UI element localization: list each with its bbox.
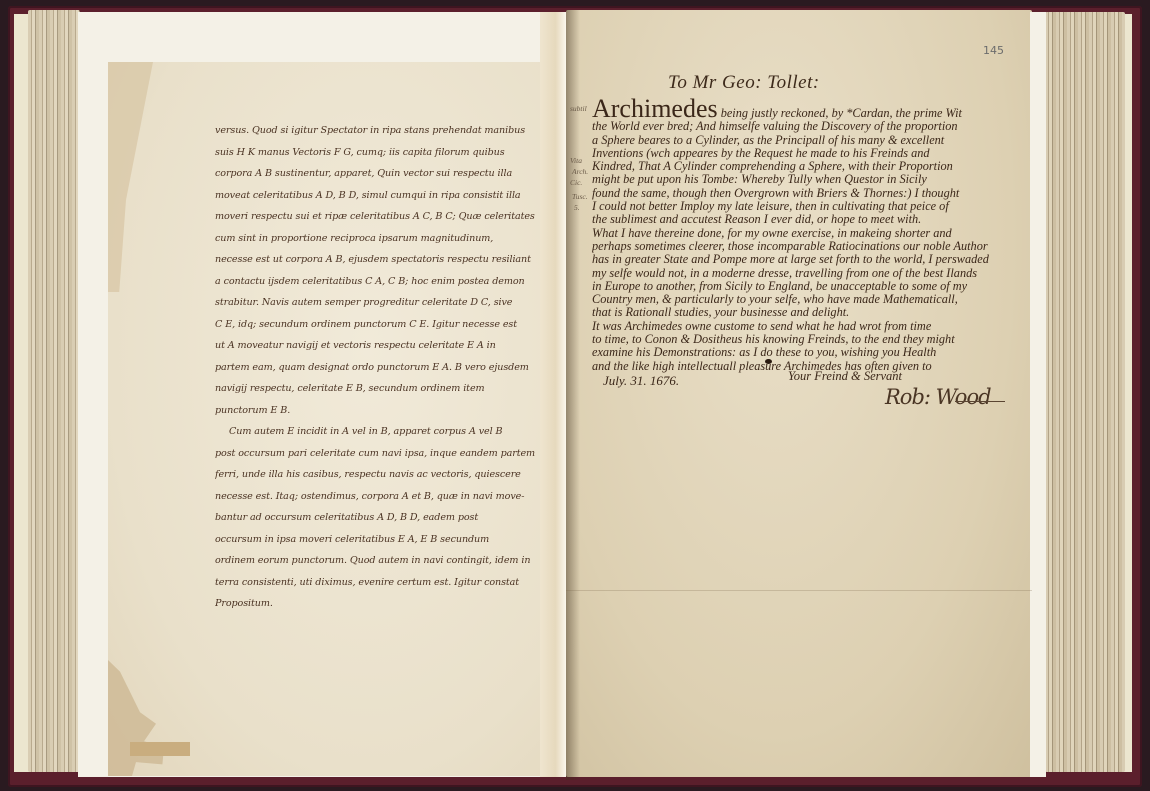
left-page-edges xyxy=(28,10,80,772)
latin-line: partem eam, quam designat ordo punctorum… xyxy=(215,357,537,379)
latin-line: C E, idq; secundum ordinem punctorum C E… xyxy=(215,314,537,336)
letter-line: perhaps sometimes cleerer, those incompa… xyxy=(592,240,1032,253)
latin-line: strabitur. Navis autem semper progreditu… xyxy=(215,292,537,314)
letter-line: the sublimest and accutest Reason I ever… xyxy=(592,213,1032,226)
latin-line: versus. Quod si igitur Spectator in ripa… xyxy=(215,120,537,142)
letter-line: I could not better Imploy my late leisur… xyxy=(592,200,1032,213)
letter-line: that is Rationall studies, your business… xyxy=(592,306,1032,319)
folio-number: 145 xyxy=(983,44,1004,57)
margin-note: Cic. xyxy=(570,178,582,187)
latin-line: necesse est ut corpora A B, ejusdem spec… xyxy=(215,249,537,271)
letter-date: July. 31. 1676. xyxy=(603,373,679,389)
margin-note: Tusc. xyxy=(572,192,588,201)
letter-line: It was Archimedes owne custome to send w… xyxy=(592,320,1032,333)
letter-line: found the same, though then Overgrown wi… xyxy=(592,187,1032,200)
letter-line: What I have thereine done, for my owne e… xyxy=(592,227,1032,240)
latin-line: terra consistenti, uti diximus, evenire … xyxy=(215,572,537,594)
latin-line: Cum autem E incidit in A vel in B, appar… xyxy=(215,421,537,443)
letter-line: the World ever bred; And himselfe valuin… xyxy=(592,120,1032,133)
margin-note: 5. xyxy=(574,203,580,212)
letter-line: has in greater State and Pompe more at l… xyxy=(592,253,1032,266)
letter-line: my selfe would not, in a moderne dresse,… xyxy=(592,267,1032,280)
latin-line: ferri, unde illa his casibus, respectu n… xyxy=(215,464,537,486)
gutter-shadow xyxy=(566,10,580,780)
letter-body: Archimedes being justly reckoned, by *Ca… xyxy=(592,98,1032,373)
right-guard-sheet xyxy=(1030,12,1046,777)
latin-line: suis H K manus Vectoris F G, cumq; iis c… xyxy=(215,142,537,164)
latin-line: corpora A B sustinentur, apparet, Quin v… xyxy=(215,163,537,185)
latin-line: a contactu ijsdem celeritatibus C A, C B… xyxy=(215,271,537,293)
letter-line: Country men, & particularly to your self… xyxy=(592,293,1032,306)
signature-flourish xyxy=(955,401,1005,402)
latin-line: moveri respectu sui et ripæ celeritatibu… xyxy=(215,206,537,228)
left-page-text: versus. Quod si igitur Spectator in ripa… xyxy=(215,120,537,615)
latin-line: moveat celeritatibus A D, B D, simul cum… xyxy=(215,185,537,207)
margin-note: subtil xyxy=(570,104,587,113)
margin-note: Arch. xyxy=(572,167,588,176)
latin-line: navigij respectu, celeritate E B, secund… xyxy=(215,378,537,400)
letter-line: might be put upon his Tombe: Whereby Tul… xyxy=(592,173,1032,186)
latin-line: punctorum E B. xyxy=(215,400,537,422)
letter-title: To Mr Geo: Tollet: xyxy=(668,72,820,94)
fold-crease xyxy=(566,590,1032,591)
latin-line: Propositum. xyxy=(215,593,537,615)
left-leaf-repair-strip xyxy=(130,742,190,756)
letter-line: a Sphere beares to a Cylinder, as the Pr… xyxy=(592,134,1032,147)
gutter-strip xyxy=(540,12,566,777)
latin-line: occursum in ipsa moveri celeritatibus E … xyxy=(215,529,537,551)
opening-word: Archimedes xyxy=(592,98,718,120)
latin-line: ordinem eorum punctorum. Quod autem in n… xyxy=(215,550,537,572)
letter-line: in Europe to another, from Sicily to Eng… xyxy=(592,280,1032,293)
latin-line: necesse est. Itaq; ostendimus, corpora A… xyxy=(215,486,537,508)
ink-blot xyxy=(765,359,772,364)
letter-line: examine his Demonstrations: as I do thes… xyxy=(592,346,1032,359)
latin-line: ut A moveatur navigij et vectoris respec… xyxy=(215,335,537,357)
letter-line: to time, to Conon & Dositheus his knowin… xyxy=(592,333,1032,346)
latin-line: bantur ad occursum celeritatibus A D, B … xyxy=(215,507,537,529)
letter-line: Inventions (wch appeares by the Request … xyxy=(592,147,1032,160)
right-page-edges xyxy=(1045,12,1125,772)
margin-note: Vita xyxy=(570,156,582,165)
letter-line: Kindred, That A Cylinder comprehending a… xyxy=(592,160,1032,173)
letter-closing: Your Freind & Servant xyxy=(788,369,902,384)
signature: Rob: Wood xyxy=(885,385,991,409)
latin-line: post occursum pari celeritate cum navi i… xyxy=(215,443,537,465)
letter-line: being justly reckoned, by *Cardan, the p… xyxy=(718,106,962,120)
latin-line: cum sint in proportione reciproca ipsaru… xyxy=(215,228,537,250)
letter-first-line: Archimedes being justly reckoned, by *Ca… xyxy=(592,98,1032,120)
